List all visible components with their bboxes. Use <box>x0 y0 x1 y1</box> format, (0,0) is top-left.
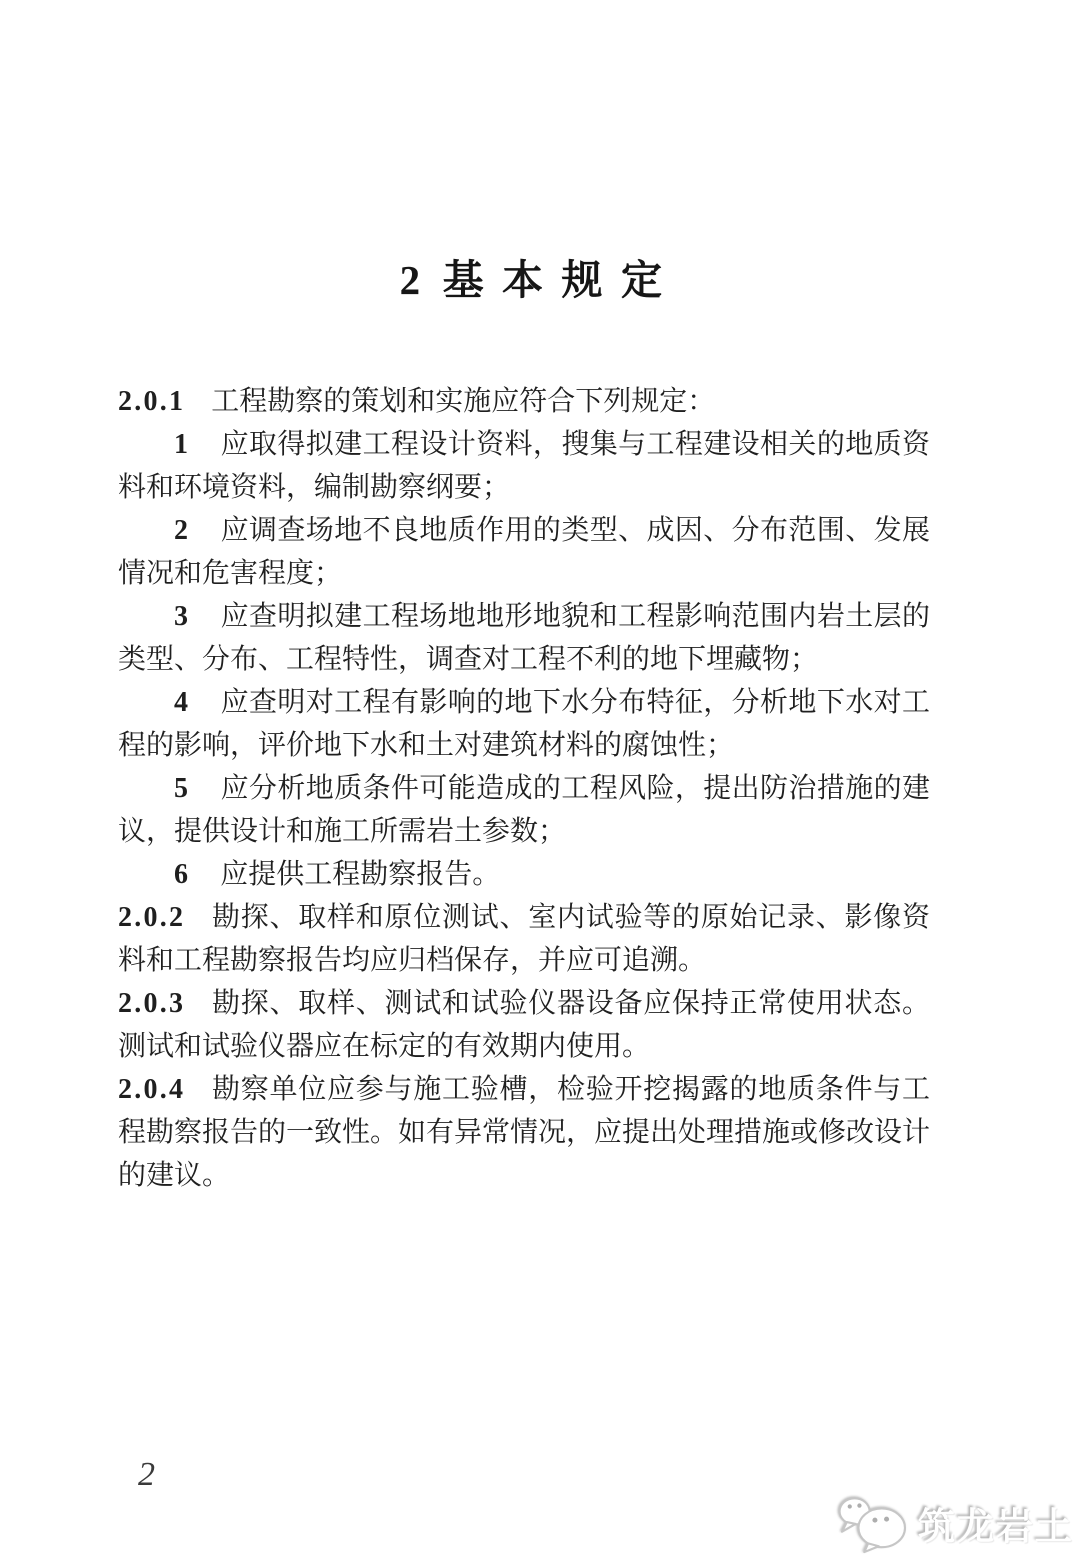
page-title: 2基本规定 <box>0 0 1080 304</box>
document-body: 2.0.1工程勘察的策划和实施应符合下列规定： 1应取得拟建工程设计资料，搜集与… <box>118 380 930 1197</box>
subitem-text: 应取得拟建工程设计资料，搜集与工程建设相关的地质资料和环境资料，编制勘察纲要； <box>118 429 930 503</box>
brand-name: 筑龙岩土 <box>918 1496 1074 1550</box>
subitem-number: 1 <box>174 429 190 460</box>
clause-2-0-3: 2.0.3勘探、取样、测试和试验仪器设备应保持正常使用状态。测试和试验仪器应在标… <box>118 982 930 1068</box>
chapter-number: 2 <box>400 257 421 303</box>
subitem-text: 应分析地质条件可能造成的工程风险，提出防治措施的建议，提供设计和施工所需岩土参数… <box>118 773 930 847</box>
clause-text: 工程勘察的策划和实施应符合下列规定： <box>211 386 715 417</box>
subitem-text: 应提供工程勘察报告。 <box>220 859 500 890</box>
clause-number: 2.0.3 <box>118 988 185 1019</box>
wechat-bubbles-icon <box>834 1492 912 1554</box>
clause-subitem-1: 1应取得拟建工程设计资料，搜集与工程建设相关的地质资料和环境资料，编制勘察纲要； <box>118 423 930 509</box>
document-page: 2基本规定 2.0.1工程勘察的策划和实施应符合下列规定： 1应取得拟建工程设计… <box>0 0 1080 1564</box>
chapter-title-text: 基本规定 <box>443 257 681 303</box>
subitem-number: 6 <box>174 859 190 890</box>
subitem-number: 5 <box>174 773 190 804</box>
clause-text: 勘察单位应参与施工验槽，检验开挖揭露的地质条件与工程勘察报告的一致性。如有异常情… <box>118 1074 930 1191</box>
clause-subitem-6: 6应提供工程勘察报告。 <box>118 853 930 896</box>
page-number: 2 <box>138 1456 155 1494</box>
clause-subitem-5: 5应分析地质条件可能造成的工程风险，提出防治措施的建议，提供设计和施工所需岩土参… <box>118 767 930 853</box>
clause-2-0-1: 2.0.1工程勘察的策划和实施应符合下列规定： <box>118 380 930 423</box>
subitem-number: 4 <box>174 687 190 718</box>
subitem-number: 3 <box>174 601 190 632</box>
clause-number: 2.0.4 <box>118 1074 185 1105</box>
subitem-text: 应查明拟建工程场地地形地貌和工程影响范围内岩土层的类型、分布、工程特性，调查对工… <box>118 601 930 675</box>
clause-subitem-2: 2应调查场地不良地质作用的类型、成因、分布范围、发展情况和危害程度； <box>118 509 930 595</box>
brand-watermark: 筑龙岩土 <box>834 1492 1074 1554</box>
clause-subitem-4: 4应查明对工程有影响的地下水分布特征，分析地下水对工程的影响，评价地下水和土对建… <box>118 681 930 767</box>
clause-number: 2.0.2 <box>118 902 185 933</box>
clause-subitem-3: 3应查明拟建工程场地地形地貌和工程影响范围内岩土层的类型、分布、工程特性，调查对… <box>118 595 930 681</box>
clause-number: 2.0.1 <box>118 386 185 417</box>
clause-2-0-4: 2.0.4勘察单位应参与施工验槽，检验开挖揭露的地质条件与工程勘察报告的一致性。… <box>118 1068 930 1197</box>
subitem-text: 应调查场地不良地质作用的类型、成因、分布范围、发展情况和危害程度； <box>118 515 930 589</box>
clause-text: 勘探、取样、测试和试验仪器设备应保持正常使用状态。测试和试验仪器应在标定的有效期… <box>118 988 930 1062</box>
clause-text: 勘探、取样和原位测试、室内试验等的原始记录、影像资料和工程勘察报告均应归档保存，… <box>118 902 930 976</box>
subitem-text: 应查明对工程有影响的地下水分布特征，分析地下水对工程的影响，评价地下水和土对建筑… <box>118 687 930 761</box>
clause-2-0-2: 2.0.2勘探、取样和原位测试、室内试验等的原始记录、影像资料和工程勘察报告均应… <box>118 896 930 982</box>
subitem-number: 2 <box>174 515 190 546</box>
